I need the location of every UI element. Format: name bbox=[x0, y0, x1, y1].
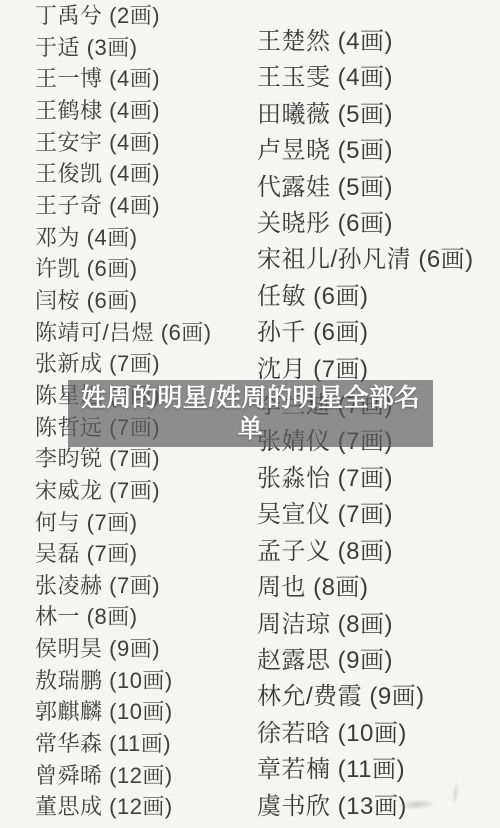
surname-stroke-count: (10画) bbox=[103, 668, 173, 693]
surname-stroke-count: (6画) bbox=[306, 319, 369, 346]
celebrity-name: 任敏 bbox=[257, 283, 306, 310]
celebrity-list-item: 张淼怡 (7画) bbox=[257, 461, 474, 497]
celebrity-name: 侯明昊 bbox=[35, 636, 103, 661]
celebrity-name: 张淼怡 bbox=[257, 465, 331, 492]
surname-stroke-count: (4画) bbox=[103, 193, 161, 218]
celebrity-list-item: 常华森 (11画) bbox=[35, 728, 212, 760]
surname-stroke-count: (8画) bbox=[331, 538, 394, 565]
celebrity-list-item: 丁禹兮 (2画) bbox=[35, 0, 212, 32]
celebrity-list-item: 侯明昊 (9画) bbox=[35, 633, 212, 665]
celebrity-list-item: 于适 (3画) bbox=[35, 32, 212, 64]
celebrity-list-item: 陈靖可/吕煜 (6画) bbox=[35, 317, 212, 349]
celebrity-name: 孙千 bbox=[257, 319, 306, 346]
surname-stroke-count: (4画) bbox=[103, 161, 161, 186]
celebrity-list-item: 周也 (8画) bbox=[257, 570, 474, 606]
celebrity-name: 于适 bbox=[35, 35, 80, 60]
celebrity-name: 王玉雯 bbox=[257, 64, 331, 91]
surname-stroke-count: (4画) bbox=[331, 28, 394, 55]
celebrity-name: 张凌赫 bbox=[35, 573, 103, 598]
celebrity-list-item: 田曦薇 (5画) bbox=[257, 97, 474, 133]
surname-stroke-count: (6画) bbox=[331, 210, 394, 237]
celebrity-list-item: 许凯 (6画) bbox=[35, 253, 212, 285]
surname-stroke-count: (5画) bbox=[331, 137, 394, 164]
celebrity-name: 沈月 bbox=[257, 356, 306, 383]
celebrity-list-item: 闫桉 (6画) bbox=[35, 285, 212, 317]
celebrity-list-item: 任敏 (6画) bbox=[257, 279, 474, 315]
celebrity-list-item: 王俊凯 (4画) bbox=[35, 158, 212, 190]
surname-stroke-count: (5画) bbox=[331, 174, 394, 201]
celebrity-name: 徐若晗 bbox=[257, 720, 331, 747]
surname-stroke-count: (6画) bbox=[80, 288, 138, 313]
surname-stroke-count: (2画) bbox=[103, 3, 161, 28]
celebrity-list-item: 虞书欣 (13画) bbox=[257, 789, 474, 825]
celebrity-name: 王俊凯 bbox=[35, 161, 103, 186]
celebrity-name: 曾舜晞 bbox=[35, 763, 103, 788]
surname-stroke-count: (7画) bbox=[103, 351, 161, 376]
celebrity-list-item: 孙千 (6画) bbox=[257, 315, 474, 351]
surname-stroke-count: (3画) bbox=[80, 35, 138, 60]
surname-stroke-count: (9画) bbox=[331, 647, 394, 674]
celebrity-name: 卢昱晓 bbox=[257, 137, 331, 164]
surname-stroke-count: (6画) bbox=[154, 320, 212, 345]
celebrity-name: 宋威龙 bbox=[35, 478, 103, 503]
celebrity-list-item: 林允/费霞 (9画) bbox=[257, 679, 474, 715]
title-overlay-line1: 姓周的明星/姓周的明星全部名 bbox=[81, 383, 420, 414]
celebrity-name: 周也 bbox=[257, 574, 306, 601]
surname-stroke-count: (9画) bbox=[362, 683, 425, 710]
celebrity-name-list-page: 丁禹兮 (2画)于适 (3画)王一博 (4画)王鹤棣 (4画)王安宇 (4画)王… bbox=[0, 0, 500, 828]
celebrity-name: 李昀锐 bbox=[35, 446, 103, 471]
celebrity-name: 代露娃 bbox=[257, 174, 331, 201]
surname-stroke-count: (4画) bbox=[103, 66, 161, 91]
celebrity-list-item: 卢昱晓 (5画) bbox=[257, 133, 474, 169]
surname-stroke-count: (7画) bbox=[103, 573, 161, 598]
surname-stroke-count: (4画) bbox=[103, 130, 161, 155]
celebrity-list-item: 关晓彤 (6画) bbox=[257, 206, 474, 242]
surname-stroke-count: (6画) bbox=[80, 256, 138, 281]
celebrity-name: 关晓彤 bbox=[257, 210, 331, 237]
celebrity-name: 郭麒麟 bbox=[35, 699, 103, 724]
celebrity-list-item: 赵露思 (9画) bbox=[257, 643, 474, 679]
celebrity-name: 董思成 bbox=[35, 794, 103, 819]
celebrity-name: 王安宇 bbox=[35, 130, 103, 155]
celebrity-list-item: 孟子义 (8画) bbox=[257, 534, 474, 570]
celebrity-list-item: 吴宣仪 (7画) bbox=[257, 497, 474, 533]
celebrity-list-item: 宋祖儿/孙凡清 (6画) bbox=[257, 242, 474, 278]
celebrity-name: 林允/费霞 bbox=[257, 683, 362, 710]
surname-stroke-count: (7画) bbox=[306, 356, 369, 383]
surname-stroke-count: (7画) bbox=[331, 501, 394, 528]
surname-stroke-count: (7画) bbox=[331, 465, 394, 492]
surname-stroke-count: (7画) bbox=[103, 446, 161, 471]
celebrity-name: 宋祖儿/孙凡清 bbox=[257, 246, 411, 273]
surname-stroke-count: (8画) bbox=[80, 604, 138, 629]
celebrity-name: 张新成 bbox=[35, 351, 103, 376]
celebrity-name: 周洁琼 bbox=[257, 611, 331, 638]
celebrity-name: 吴宣仪 bbox=[257, 501, 331, 528]
celebrity-list-item: 敖瑞鹏 (10画) bbox=[35, 665, 212, 697]
celebrity-name: 陈靖可/吕煜 bbox=[35, 320, 154, 345]
celebrity-list-item: 王鹤棣 (4画) bbox=[35, 95, 212, 127]
celebrity-list-item: 吴磊 (7画) bbox=[35, 538, 212, 570]
celebrity-name: 王子奇 bbox=[35, 193, 103, 218]
surname-stroke-count: (10画) bbox=[103, 699, 173, 724]
surname-stroke-count: (8画) bbox=[331, 611, 394, 638]
celebrity-name: 许凯 bbox=[35, 256, 80, 281]
surname-stroke-count: (4画) bbox=[103, 98, 161, 123]
celebrity-list-item: 邓为 (4画) bbox=[35, 222, 212, 254]
celebrity-list-item: 王子奇 (4画) bbox=[35, 190, 212, 222]
celebrity-list-item: 王一博 (4画) bbox=[35, 63, 212, 95]
celebrity-list-item: 李昀锐 (7画) bbox=[35, 443, 212, 475]
celebrity-list-item: 何与 (7画) bbox=[35, 507, 212, 539]
celebrity-name: 常华森 bbox=[35, 731, 103, 756]
celebrity-name: 王楚然 bbox=[257, 28, 331, 55]
title-overlay-line2: 单 bbox=[238, 414, 264, 445]
celebrity-list-item: 张新成 (7画) bbox=[35, 348, 212, 380]
celebrity-list-item: 章若楠 (11画) bbox=[257, 752, 474, 788]
surname-stroke-count: (13画) bbox=[331, 793, 407, 820]
surname-stroke-count: (6画) bbox=[411, 246, 474, 273]
surname-stroke-count: (9画) bbox=[103, 636, 161, 661]
celebrity-name: 赵露思 bbox=[257, 647, 331, 674]
surname-stroke-count: (10画) bbox=[331, 720, 407, 747]
surname-stroke-count: (11画) bbox=[103, 731, 172, 756]
surname-stroke-count: (4画) bbox=[331, 64, 394, 91]
surname-stroke-count: (4画) bbox=[80, 225, 138, 250]
celebrity-name: 何与 bbox=[35, 510, 80, 535]
celebrity-list-item: 郭麒麟 (10画) bbox=[35, 696, 212, 728]
celebrity-name: 吴磊 bbox=[35, 541, 80, 566]
surname-stroke-count: (5画) bbox=[331, 101, 394, 128]
celebrity-list-item: 曾舜晞 (12画) bbox=[35, 760, 212, 792]
celebrity-list-item: 徐若晗 (10画) bbox=[257, 716, 474, 752]
surname-stroke-count: (7画) bbox=[80, 510, 138, 535]
celebrity-name: 孟子义 bbox=[257, 538, 331, 565]
surname-stroke-count: (8画) bbox=[306, 574, 369, 601]
celebrity-name: 敖瑞鹏 bbox=[35, 668, 103, 693]
celebrity-name: 虞书欣 bbox=[257, 793, 331, 820]
celebrity-name: 林一 bbox=[35, 604, 80, 629]
surname-stroke-count: (6画) bbox=[306, 283, 369, 310]
celebrity-list-item: 董思成 (12画) bbox=[35, 791, 212, 823]
celebrity-name: 章若楠 bbox=[257, 756, 331, 783]
celebrity-list-item: 林一 (8画) bbox=[35, 601, 212, 633]
celebrity-list-item: 王玉雯 (4画) bbox=[257, 60, 474, 96]
celebrity-list-item: 周洁琼 (8画) bbox=[257, 607, 474, 643]
celebrity-name: 王一博 bbox=[35, 66, 103, 91]
celebrity-name: 丁禹兮 bbox=[35, 3, 103, 28]
celebrity-list-item: 宋威龙 (7画) bbox=[35, 475, 212, 507]
celebrity-list-item: 张凌赫 (7画) bbox=[35, 570, 212, 602]
surname-stroke-count: (7画) bbox=[80, 541, 138, 566]
celebrity-list-item: 王安宇 (4画) bbox=[35, 127, 212, 159]
celebrity-name: 闫桉 bbox=[35, 288, 80, 313]
celebrity-name: 田曦薇 bbox=[257, 101, 331, 128]
celebrity-list-item: 王楚然 (4画) bbox=[257, 24, 474, 60]
celebrity-list-item: 代露娃 (5画) bbox=[257, 170, 474, 206]
surname-stroke-count: (12画) bbox=[103, 794, 173, 819]
surname-stroke-count: (11画) bbox=[331, 756, 406, 783]
celebrity-name: 邓为 bbox=[35, 225, 80, 250]
celebrity-name: 王鹤棣 bbox=[35, 98, 103, 123]
title-overlay: 姓周的明星/姓周的明星全部名 单 bbox=[68, 380, 433, 447]
surname-stroke-count: (7画) bbox=[103, 478, 161, 503]
surname-stroke-count: (12画) bbox=[103, 763, 173, 788]
